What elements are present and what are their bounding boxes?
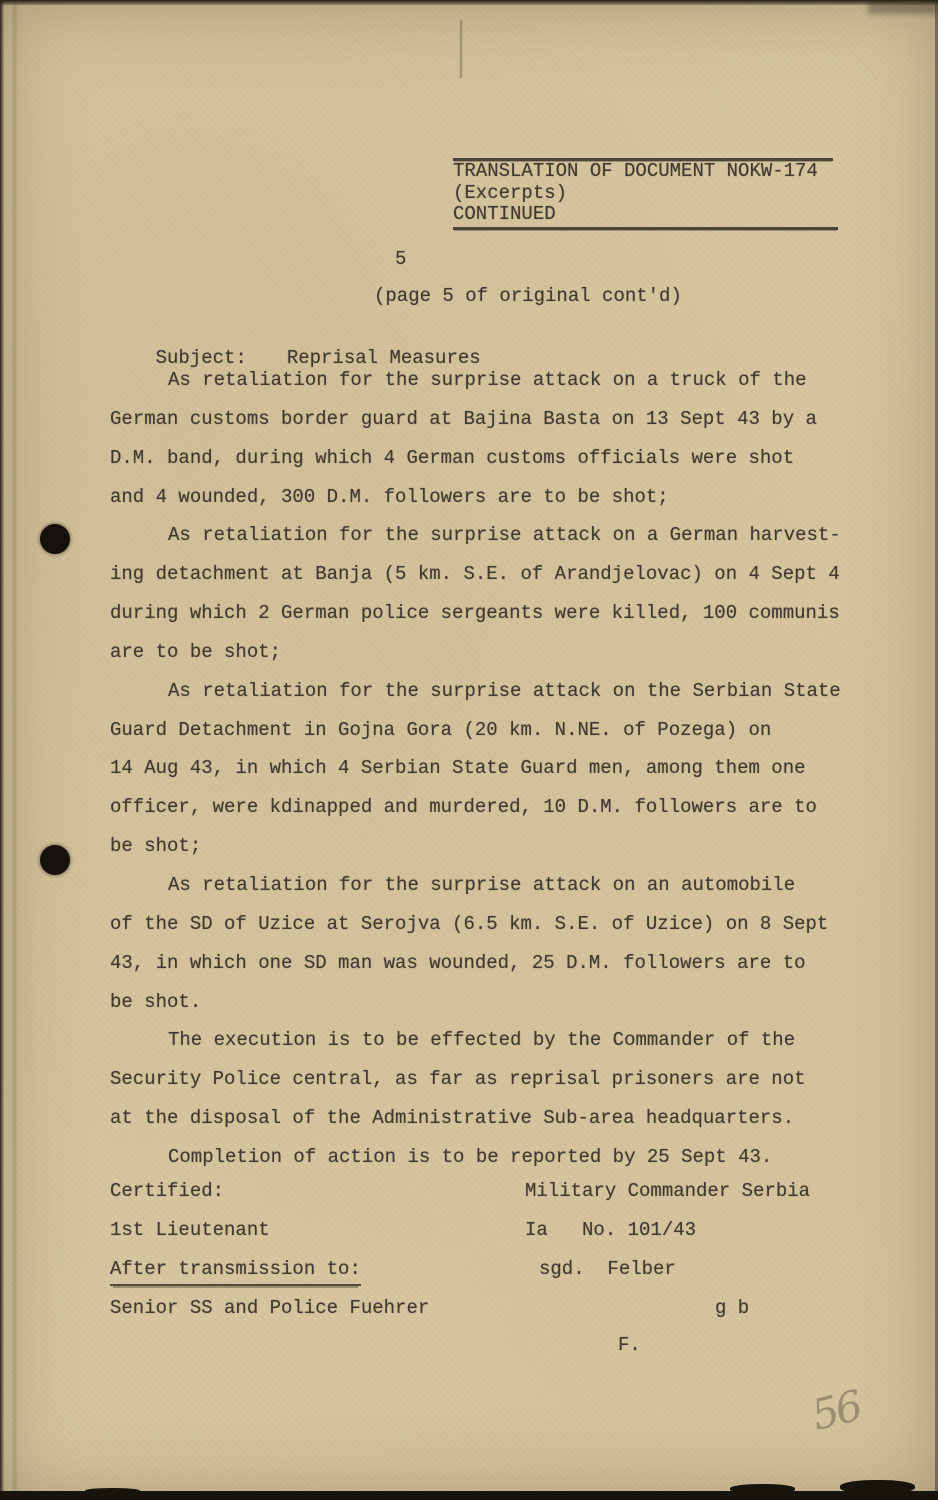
signature-row: Certified:Military Commander Serbia (110, 1180, 870, 1219)
body-line: As retaliation for the surprise attack o… (110, 676, 870, 715)
hole-punch-top (40, 524, 70, 554)
body-line: are to be shot; (110, 637, 870, 676)
signature-block: Certified:Military Commander Serbia1st L… (110, 1180, 870, 1335)
signature-left: After transmission to: (110, 1258, 361, 1286)
body-line: Completion of action is to be reported b… (110, 1142, 870, 1181)
header-rule-bottom (453, 227, 838, 230)
signature-right: Ia No. 101/43 (525, 1219, 696, 1241)
body-line: As retaliation for the surprise attack o… (110, 520, 870, 559)
body-line: 14 Aug 43, in which 4 Serbian State Guar… (110, 753, 870, 792)
pencil-tick-mark (460, 20, 462, 78)
document-body: As retaliation for the surprise attack o… (110, 365, 870, 1181)
body-line: As retaliation for the surprise attack o… (110, 365, 870, 404)
header-continued: CONTINUED (453, 204, 843, 226)
body-line: during which 2 German police sergeants w… (110, 598, 870, 637)
document-page: TRANSLATION OF DOCUMENT NOKW-174 (Excerp… (0, 0, 938, 1500)
header-excerpts: (Excerpts) (453, 183, 843, 205)
body-line: officer, were kdinapped and murdered, 10… (110, 792, 870, 831)
page-note: (page 5 of original cont'd) (374, 285, 682, 307)
document-header: TRANSLATION OF DOCUMENT NOKW-174 (Excerp… (453, 158, 843, 230)
scan-edge-bottom (0, 1491, 938, 1500)
page-number: 5 (395, 248, 406, 270)
signature-right: g b (525, 1297, 749, 1319)
body-line: Security Police central, as far as repri… (110, 1064, 870, 1103)
scan-edge-left (0, 0, 4, 1500)
body-line: Guard Detachment in Gojna Gora (20 km. N… (110, 715, 870, 754)
body-line: at the disposal of the Administrative Su… (110, 1103, 870, 1142)
scan-edge-top (0, 0, 938, 5)
signature-row: 1st LieutenantIa No. 101/43 (110, 1219, 870, 1258)
body-line: 43, in which one SD man was wounded, 25 … (110, 948, 870, 987)
closing-initial: F. (618, 1334, 641, 1356)
signature-row: After transmission to:sgd. Felber (110, 1258, 870, 1297)
signature-left: Senior SS and Police Fuehrer (110, 1297, 429, 1319)
body-line: and 4 wounded, 300 D.M. followers are to… (110, 482, 870, 521)
signature-left: Certified: (110, 1180, 224, 1202)
signature-right: sgd. Felber (525, 1258, 676, 1280)
header-title: TRANSLATION OF DOCUMENT NOKW-174 (453, 161, 843, 183)
body-line: of the SD of Uzice at Serojva (6.5 km. S… (110, 909, 870, 948)
body-line: As retaliation for the surprise attack o… (110, 870, 870, 909)
handwritten-page-mark: 56 (807, 1381, 865, 1440)
paper-crease (13, 0, 16, 1500)
body-line: The execution is to be effected by the C… (110, 1025, 870, 1064)
signature-row: Senior SS and Police Fuehrerg b (110, 1297, 870, 1336)
body-line: German customs border guard at Bajina Ba… (110, 404, 870, 443)
body-line: D.M. band, during which 4 German customs… (110, 443, 870, 482)
hole-punch-bottom (40, 845, 70, 875)
body-line: be shot. (110, 987, 870, 1026)
signature-left: 1st Lieutenant (110, 1219, 270, 1241)
signature-right: Military Commander Serbia (525, 1180, 810, 1202)
body-line: ing detachment at Banja (5 km. S.E. of A… (110, 559, 870, 598)
body-line: be shot; (110, 831, 870, 870)
